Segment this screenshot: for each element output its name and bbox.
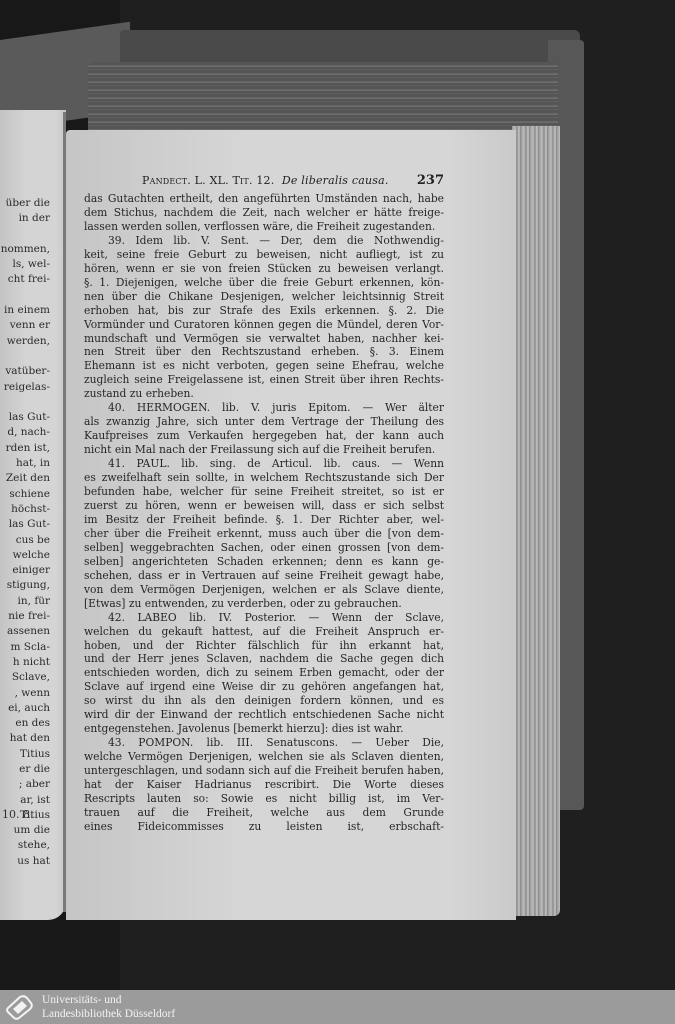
text-line: von dem Vermögen Derjenigen, welchen er … — [84, 583, 444, 597]
text-line: nen Streit über den Rechtszustand erhebe… — [84, 345, 444, 359]
text-line: wird dir der Einwand der rechtlich entsc… — [84, 708, 444, 722]
left-page-fragment: cht frei- — [0, 272, 50, 287]
text-line: zustand zu erheben. — [84, 387, 444, 401]
text-line: das Gutachten ertheilt, den angeführten … — [84, 192, 444, 206]
text-line: im Besitz der Freiheit befinde. §. 1. De… — [84, 513, 444, 527]
left-page-fragment: las Gut- — [0, 410, 50, 425]
text-line: welchen du gekauft hattest, auf die Frei… — [84, 625, 444, 639]
left-page-fragment: er die — [0, 762, 50, 777]
text-line: keit, seine freie Geburt zu beweisen, ni… — [84, 248, 444, 262]
text-line: schehen, dass er in Vertrauen auf seine … — [84, 569, 444, 583]
left-page-fragment: venn er — [0, 318, 50, 333]
left-page-fragment: welche — [0, 548, 50, 563]
left-page-fragment: über die — [0, 196, 50, 211]
text-line: hoben, und der Richter fälschlich für ih… — [84, 639, 444, 653]
left-page-fragment: ; aber — [0, 777, 50, 792]
text-line: 40. HERMOGEN. lib. V. juris Epitom. — We… — [84, 401, 444, 415]
text-line: 43. POMPON. lib. III. Senatuscons. — Ueb… — [84, 736, 444, 750]
text-line: Kaufpreises zum Verkaufen hergegeben hat… — [84, 429, 444, 443]
institution-name: Universitäts- und Landesbibliothek Düsse… — [42, 993, 175, 1021]
text-line: als zwanzig Jahre, sich unter dem Vertra… — [84, 415, 444, 429]
text-line: Rescripts lauten so: Sowie es nicht bill… — [84, 792, 444, 806]
left-page-fragment: einiger — [0, 563, 50, 578]
text-line: entschieden worden, dich zu seinem Erben… — [84, 666, 444, 680]
left-page-fragment: cus be — [0, 533, 50, 548]
left-page-fragment: in der — [0, 211, 50, 226]
left-page-fragment: d, nach- — [0, 425, 50, 440]
text-line: erhoben hat, bis zur Strafe des Exils er… — [84, 304, 444, 318]
page-edges-right — [512, 126, 560, 916]
text-line: 42. LABEO lib. IV. Posterior. — Wenn der… — [84, 611, 444, 625]
left-page-fragment: h nicht — [0, 655, 50, 670]
text-line: so wirst du ihn als den deinigen fordern… — [84, 694, 444, 708]
left-page-fragment — [0, 395, 50, 410]
left-page-fragment — [0, 288, 50, 303]
left-page-fragment: nie frei- — [0, 609, 50, 624]
text-line: zuerst zu hören, wenn er beweisen will, … — [84, 499, 444, 513]
left-page-fragment: reigelas- — [0, 380, 50, 395]
left-page-fragment: en des — [0, 716, 50, 731]
left-page-fragment: werden, — [0, 334, 50, 349]
text-line: befunden habe, welcher für seine Freihei… — [84, 485, 444, 499]
left-page-fragment: hat den — [0, 731, 50, 746]
text-line: Vormünder und Curatoren können gegen die… — [84, 318, 444, 332]
left-page-fragment: vatüber- — [0, 364, 50, 379]
left-page-footer-mark: 10. 8. — [2, 808, 34, 821]
text-line: und der Herr jenes Sclaven, nachdem die … — [84, 652, 444, 666]
left-page-fragment: stigung, — [0, 578, 50, 593]
text-line: selben] angerichteten Schaden erkennen; … — [84, 555, 444, 569]
left-page-fragment: las Gut- — [0, 517, 50, 532]
left-page-fragment: stehe, — [0, 838, 50, 853]
left-page-fragment: in, für — [0, 594, 50, 609]
text-line: nen über die Chikane Desjenigen, welcher… — [84, 290, 444, 304]
left-page-fragment: rden ist, — [0, 441, 50, 456]
text-line: §. 1. Diejenigen, welche über die freie … — [84, 276, 444, 290]
text-line: zugleich seine Freigelassene ist, einen … — [84, 373, 444, 387]
left-page-fragment: Titius — [0, 747, 50, 762]
left-page-fragment: hat, in — [0, 456, 50, 471]
text-line: untergeschlagen, und sodann sich auf die… — [84, 764, 444, 778]
text-line: hat der Kaiser Hadrianus rescribirt. Die… — [84, 778, 444, 792]
left-page-fragment: schiene — [0, 487, 50, 502]
text-line: welche Vermögen Derjenigen, welchen sie … — [84, 750, 444, 764]
text-line: dem Stichus, nachdem die Zeit, nach welc… — [84, 206, 444, 220]
left-page-fragment: um die — [0, 823, 50, 838]
left-page-fragment: ei, auch — [0, 701, 50, 716]
text-line: trauen auf die Freiheit, welche aus dem … — [84, 806, 444, 820]
left-page-fragment: , wenn — [0, 686, 50, 701]
text-line: 39. Idem lib. V. Sent. — Der, dem die No… — [84, 234, 444, 248]
running-title: Pandect. L. XL. Tit. 12. — [142, 174, 274, 187]
left-page-fragment: assenen — [0, 624, 50, 639]
left-page-fragment: Sclave, — [0, 670, 50, 685]
left-page-fragment: ls, wel- — [0, 257, 50, 272]
left-page-fragment — [0, 349, 50, 364]
book-gutter — [63, 112, 66, 912]
left-page-fragment — [0, 227, 50, 242]
text-line: [Etwas] zu entwenden, zu verderben, oder… — [84, 597, 444, 611]
text-line: 41. PAUL. lib. sing. de Articul. lib. ca… — [84, 457, 444, 471]
text-line: selben] weggebrachten Sachen, oder einen… — [84, 541, 444, 555]
running-header: Pandect. L. XL. Tit. 12. De liberalis ca… — [142, 173, 444, 188]
left-page-fragment: us hat — [0, 854, 50, 869]
text-line: es zweifelhaft sein sollte, in welchem R… — [84, 471, 444, 485]
left-page-fragment: m Scla- — [0, 640, 50, 655]
library-logo-icon — [4, 994, 34, 1020]
page-number: 237 — [417, 173, 444, 188]
text-line: mundschaft und Vermögen sie verwaltet ha… — [84, 332, 444, 346]
text-line: Ehemann ist es nicht verboten, gegen sei… — [84, 359, 444, 373]
left-page-fragment: ar, ist — [0, 793, 50, 808]
left-page-fragment: höchst- — [0, 502, 50, 517]
text-line: nicht ein Mal nach der Freilassung sich … — [84, 443, 444, 457]
text-line: entgegenstehen. Javolenus [bemerkt hierz… — [84, 722, 444, 736]
text-line: lassen werden sollen, verflossen wäre, d… — [84, 220, 444, 234]
institution-line-1: Universitäts- und — [42, 993, 175, 1007]
running-title-italic: De liberalis causa. — [282, 174, 389, 187]
left-page-fragment: in einem — [0, 303, 50, 318]
text-line: eines Fideicommisses zu leisten ist, erb… — [84, 820, 444, 834]
page-body-text: das Gutachten ertheilt, den angeführten … — [84, 192, 444, 834]
left-page-text: über diein dernommen,ls, wel-cht frei-in… — [0, 196, 50, 869]
text-line: hören, wenn er sie von freien Stücken zu… — [84, 262, 444, 276]
left-page-fragment: Zeit den — [0, 471, 50, 486]
text-line: Sclave auf irgend eine Weise dir zu gehö… — [84, 680, 444, 694]
left-page-fragment: nommen, — [0, 242, 50, 257]
text-line: cher über die Freiheit erkennt, muss auc… — [84, 527, 444, 541]
institution-line-2: Landesbibliothek Düsseldorf — [42, 1007, 175, 1021]
